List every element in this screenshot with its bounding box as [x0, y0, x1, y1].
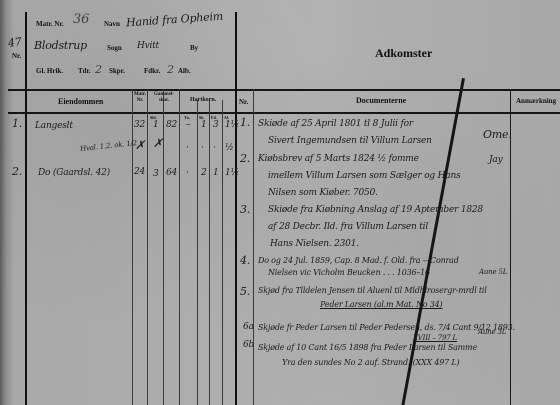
row2-fd: 1	[213, 168, 219, 178]
skpr-label: Skpr.	[109, 67, 125, 75]
gl-hrik-label: Gl. Hrik.	[36, 67, 63, 75]
entry6a-nr: 6a	[243, 322, 254, 332]
row1-eiendom: Langeslt	[35, 121, 73, 131]
entry2-line3: Nilsen som Kiøber. 7050.	[268, 188, 378, 198]
col-anmerkning: Anmærkning	[516, 97, 556, 105]
entry6b-nr: 6b	[243, 340, 254, 350]
col-nr: Nr.	[239, 98, 248, 106]
row1-sk: 1	[201, 120, 207, 130]
entry4-line2: Nielsen vic Vicholm Beucken . . . 1036–1…	[268, 268, 430, 277]
row2-tn: ·	[186, 168, 189, 178]
alb-label: Alb.	[178, 67, 191, 75]
section-divider	[235, 12, 237, 405]
row2-nr: 2.	[12, 165, 22, 178]
col-rule-gammel	[179, 89, 180, 405]
col-documenterne: Documenterne	[356, 96, 406, 105]
entry4-nr: 4.	[240, 254, 250, 267]
fdkr-value: 2	[167, 63, 174, 76]
sogn-label: Sogn	[107, 44, 122, 52]
entry6a-note: Aune 3L	[478, 328, 506, 336]
entry1-nr: 1.	[240, 116, 250, 129]
col-rule-nr	[253, 89, 254, 405]
col-rule-gammel-a	[163, 89, 164, 405]
margin-rule	[25, 12, 27, 405]
entry6b-line1: Skjøde af 10 Cant 16/5 1898 fra Peder La…	[258, 343, 477, 352]
row1-nr: 1.	[12, 117, 22, 130]
tdr-label: Tdr.	[78, 67, 91, 75]
row1b-crossout-2: ✗	[153, 136, 163, 150]
fdkr-label: Fdkr.	[144, 67, 160, 75]
col-matr-nr: Matr. Nr.	[134, 92, 146, 104]
entry6b-ref: XVIII – 797 L	[413, 334, 457, 342]
row2-matr: 24	[134, 167, 145, 177]
col-hartkorn: Hartkorn.	[190, 97, 216, 103]
row1-fd: 3	[213, 120, 219, 130]
by-label: By	[190, 44, 198, 52]
header-rule-top	[8, 89, 560, 91]
row1b-crossout: ✗	[135, 138, 145, 152]
navn-label: Navn	[104, 20, 120, 28]
entry1-line2: Sivert Ingemundsen til Villum Larsen	[268, 136, 432, 146]
entry6a-line1: Skjøde fr Peder Larsen til Peder Pederse…	[258, 323, 515, 332]
nr-label: Nr.	[12, 52, 21, 60]
entry1-line1: Skiøde af 25 April 1801 tl 8 Julii for	[258, 119, 413, 129]
row1-tn: –	[186, 120, 190, 130]
row2-eiendom: Do (Gaardsl. 42)	[38, 168, 110, 178]
row1-gammel-a: 1	[153, 120, 159, 130]
entry2-nr: 2.	[240, 152, 250, 165]
sogn-value: Blodstrup	[34, 39, 87, 52]
row2-gammel-b: 64	[166, 168, 177, 178]
entry2-line1: Kiøbsbrev af 5 Marts 1824 ½ fomme	[258, 154, 419, 164]
row2-sk: 2	[201, 168, 207, 178]
col-rule-matr	[147, 89, 148, 405]
row2-gammel-a: 3	[153, 169, 159, 179]
col-rule-eiendom	[132, 89, 133, 405]
header-rule-bottom	[8, 112, 560, 114]
row1b-sk: ·	[201, 143, 204, 153]
row1b-fd: ·	[213, 143, 216, 153]
entry3-line1: Skiøde fra Kiøbning Anslag af 19 Aptembe…	[268, 205, 483, 215]
by-value: Hvitt	[137, 41, 159, 51]
entry3-nr: 3.	[240, 203, 250, 216]
row1-gammel-b: 82	[166, 120, 177, 130]
entry5-line1: Skjød fra Tlldelen Jensen til Aluenl til…	[258, 286, 487, 295]
col-eiendommen: Eiendommen	[58, 97, 103, 106]
adkomster-title: Adkomster	[375, 46, 432, 61]
col-rule-tn	[197, 100, 198, 405]
entry3-line2: af 28 Decbr. Ild. fra Villum Larsen til	[268, 222, 428, 232]
entry3-line3: Hans Nielsen. 2301.	[270, 239, 359, 249]
row1b-al: ½	[225, 143, 234, 153]
entry4-note: Aune 5L	[479, 268, 507, 276]
tdr-value: 2	[95, 63, 102, 76]
entry1-note: Ome.	[483, 128, 512, 141]
col-rule-fd	[222, 100, 223, 405]
row2-al: 1½	[225, 168, 239, 178]
entry2-note: Jay	[489, 155, 502, 165]
col-gammelskat: Gammel-skat.	[149, 92, 179, 104]
row1-matr: 32	[134, 120, 145, 130]
col-rule-sk	[209, 100, 210, 405]
matr-nr-label: Matr. Nr.	[36, 20, 64, 28]
entry5-line2: Peder Larsen (al.m Mat. No 34)	[320, 300, 442, 309]
row1-al: 1½	[225, 120, 239, 130]
entry5-nr: 5.	[240, 285, 250, 298]
entry6b-line2: Yra den sundes No 2 auf. Strand. (XXX 49…	[282, 358, 459, 367]
register-page: 47 Matr. Nr. 36 Navn Hanid fra Opheim Nr…	[0, 0, 560, 405]
entry2-line2: imellem Villum Larsen som Sælger og Hans	[268, 171, 461, 181]
page-number: 47	[7, 35, 22, 50]
row1b-tn: ·	[186, 143, 189, 153]
matr-nr-value: 36	[73, 12, 89, 27]
